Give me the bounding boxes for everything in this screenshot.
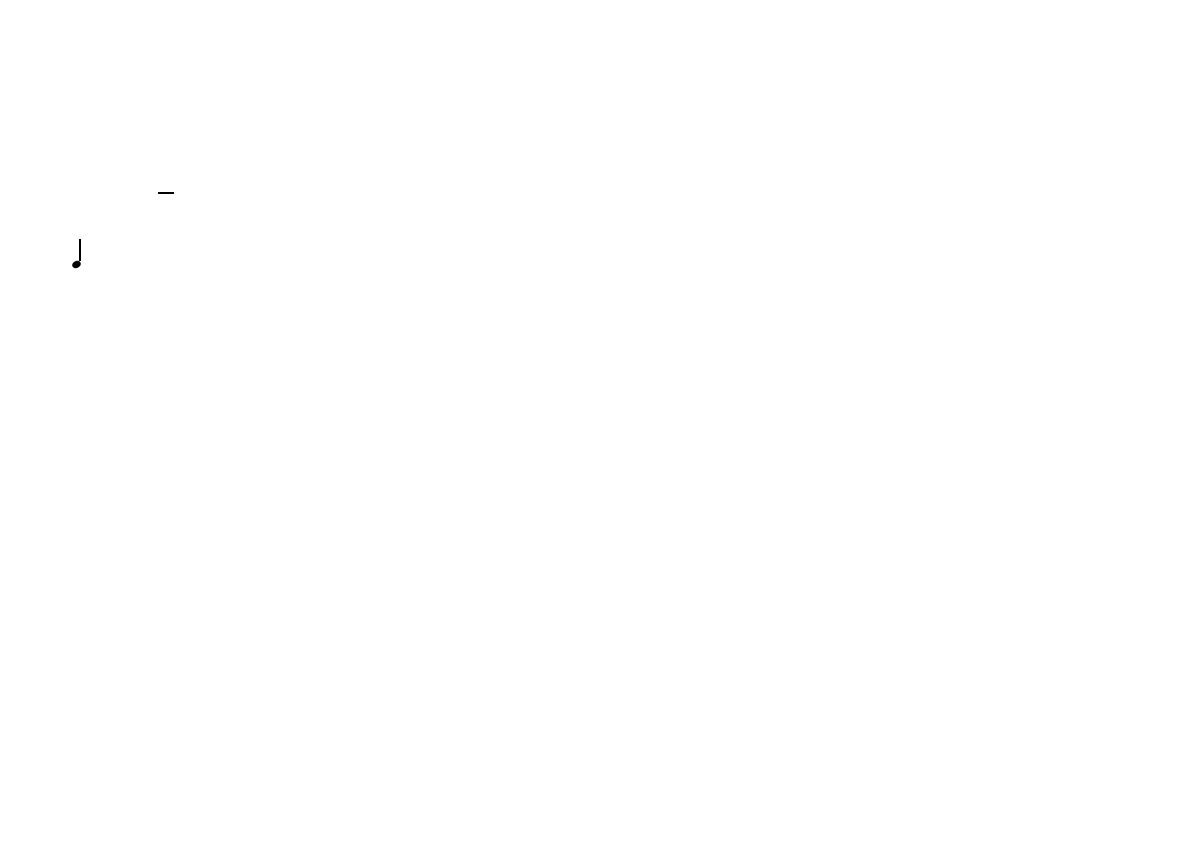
tempo-marking xyxy=(72,244,83,272)
time-signature xyxy=(158,191,174,195)
